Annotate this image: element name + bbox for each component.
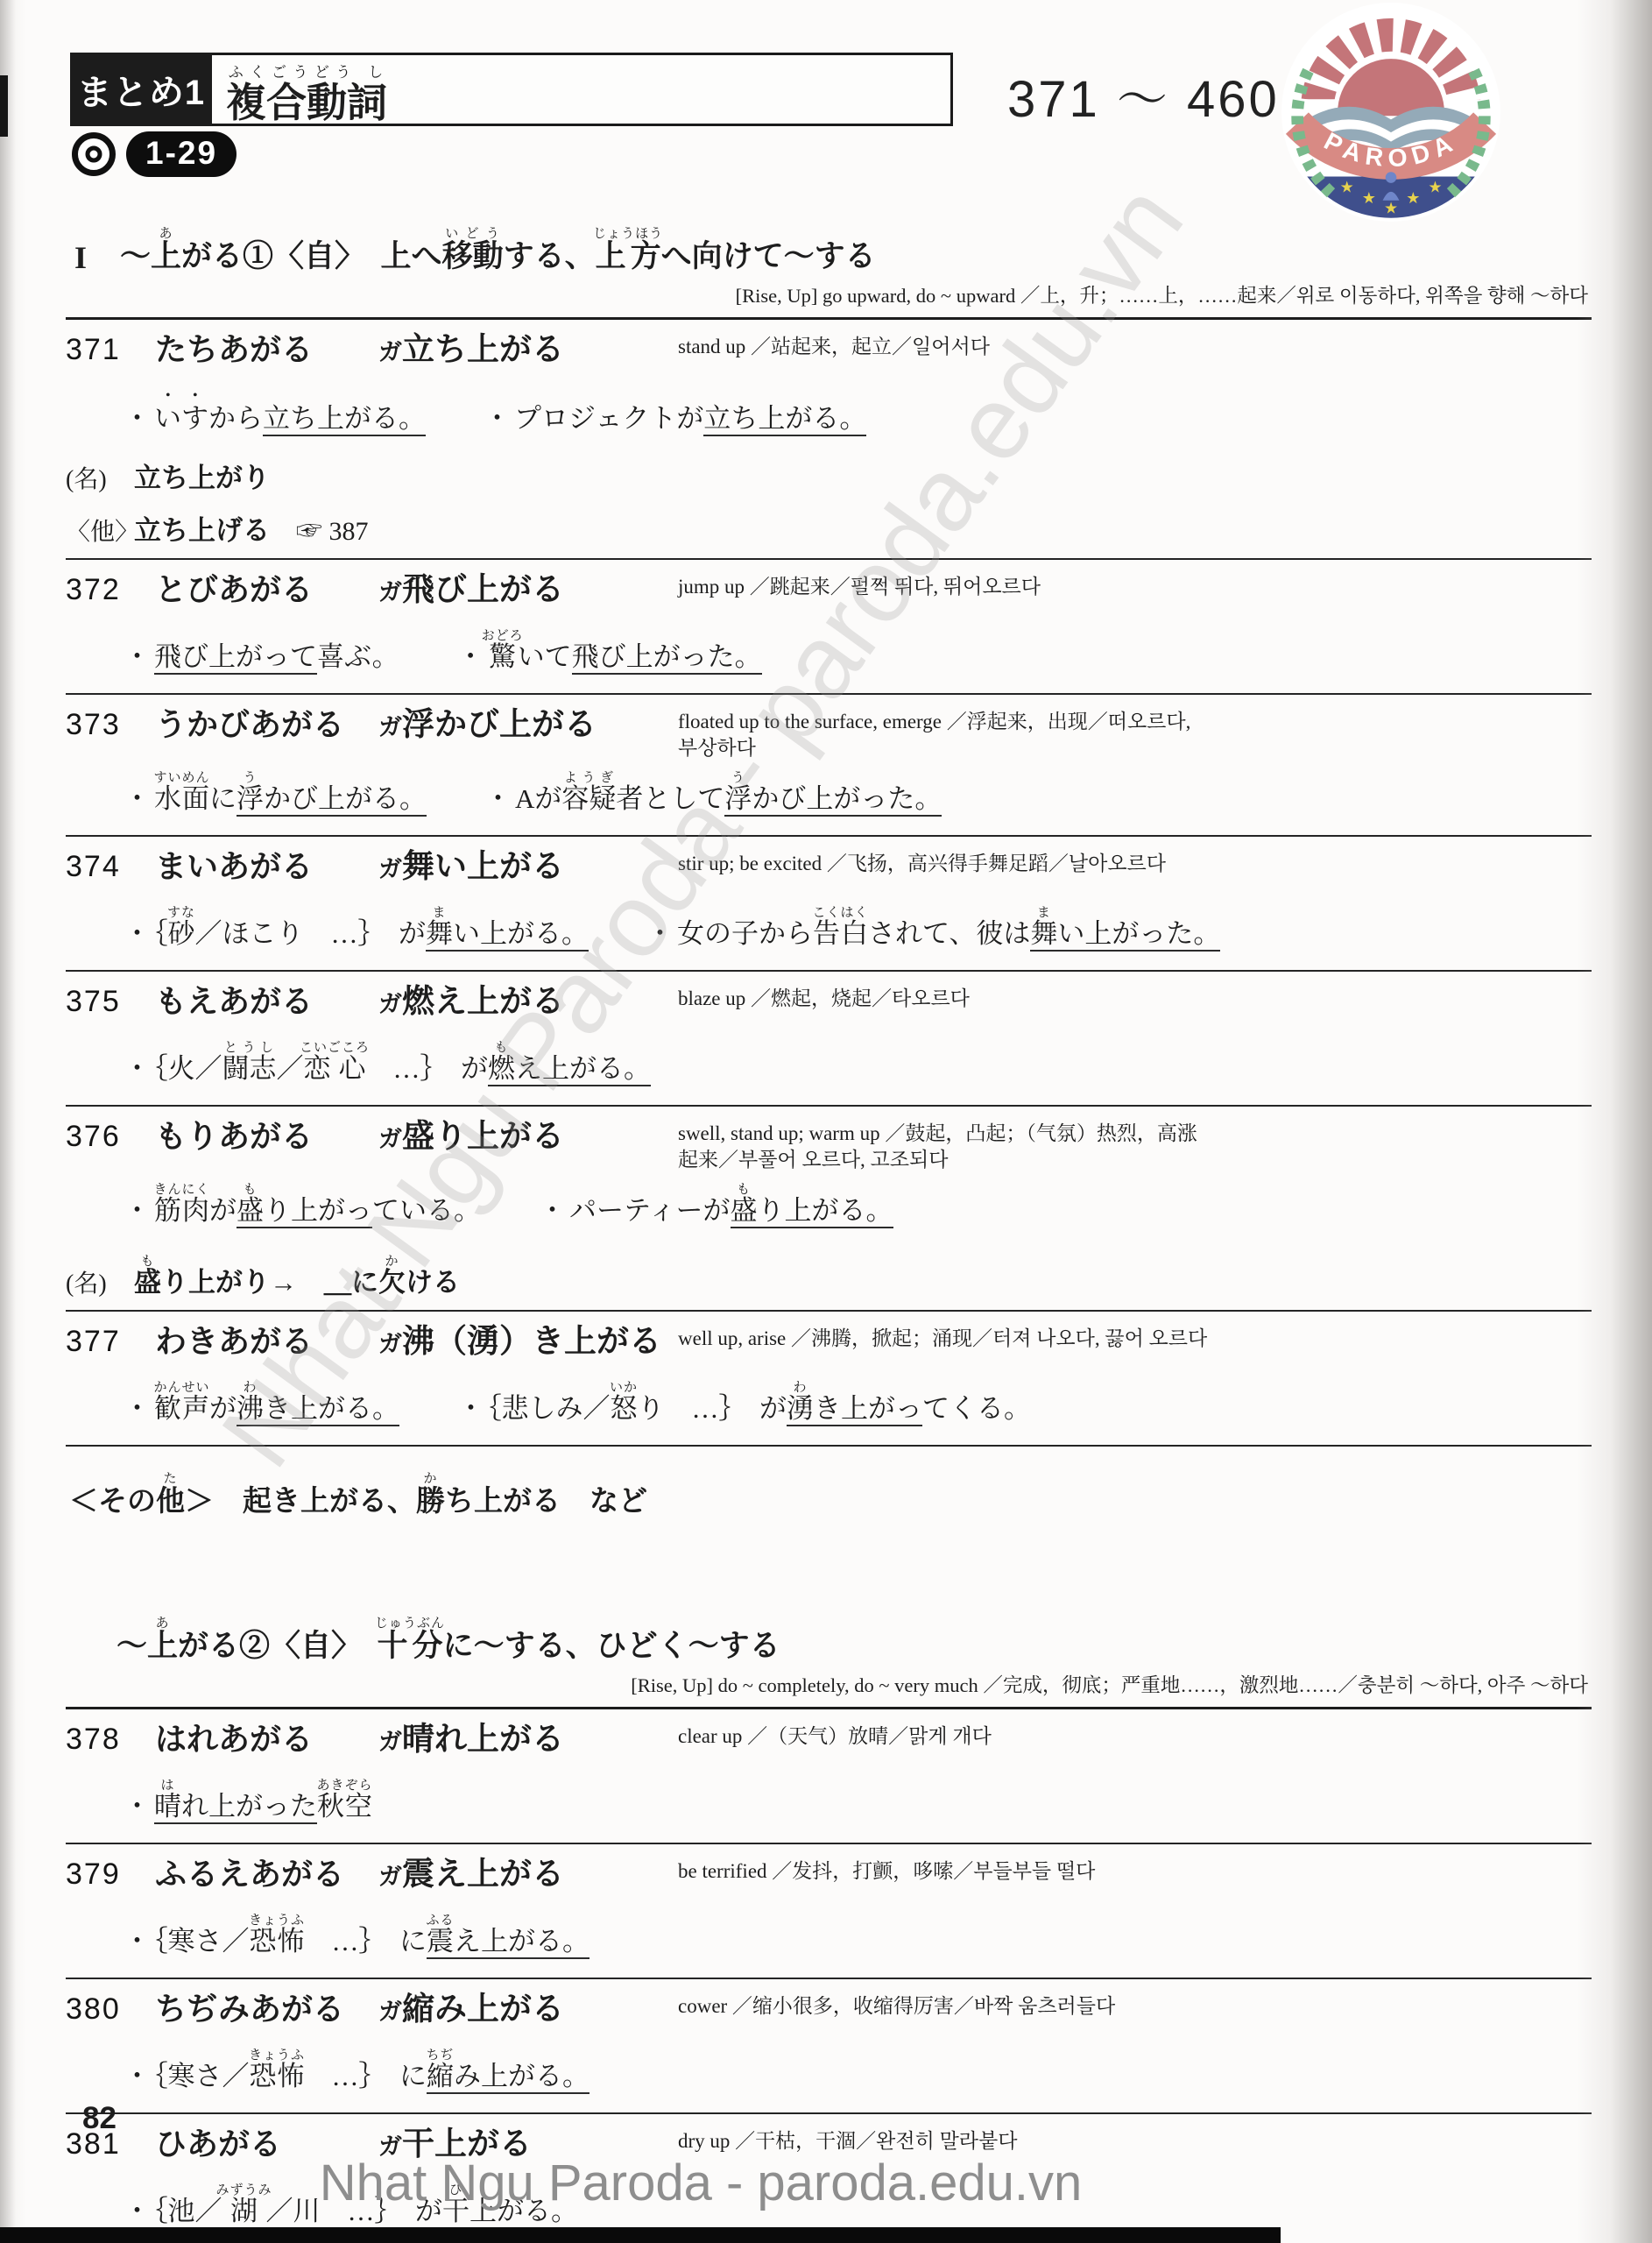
text-segment: がる①〈自〉 [181, 239, 381, 273]
entry-gloss: floated up to the surface, emerge ／浮起来，出… [678, 702, 1592, 761]
text-segment: が [209, 1393, 237, 1424]
entry-kanji: 晴れ上がる [402, 1721, 564, 1757]
entry-form: ガ晴れ上がる [378, 1716, 678, 1769]
text-segment: き上がっ [814, 1393, 922, 1426]
text-segment: ている。 [372, 1195, 481, 1226]
entry-head: 377わきあがるガ沸（湧）き上がるwell up, arise ／沸腾，掀起；涌… [66, 1319, 1592, 1371]
paroda-logo-emblem: PARODA ★ ★ ★ ★ ★ [1281, 2, 1501, 223]
text-segment: ｛ [154, 918, 168, 949]
bullet: ・ [124, 1791, 151, 1822]
text-segment: 砂すな [168, 918, 195, 949]
entry-kanji: 舞い上がる [402, 848, 564, 884]
text-segment: き上がる。 [264, 1393, 399, 1426]
entry-kanji: 浮かび上がる [402, 706, 597, 742]
text-segment: 秋空あきぞら [317, 1791, 373, 1822]
case-particle: ガ [378, 1729, 402, 1755]
entry-form: ガ浮かび上がる [378, 702, 678, 754]
page-number: 82 [82, 2101, 116, 2136]
section-title: 〜上あがる①〈自〉 上へ移動いどうする、上方じょうほうへ向けて〜する [120, 226, 876, 273]
case-particle: ガ [378, 1331, 402, 1357]
text-segment: 勝か [416, 1484, 445, 1517]
example-sentence: ・筋肉きんにくが盛もり上がっている。 [124, 1182, 481, 1228]
text-segment: されて、彼は [868, 918, 1030, 949]
text-segment: Aが [515, 783, 561, 814]
text-segment: へ向けて〜する [661, 239, 876, 273]
entry-reading: まいあがる [155, 844, 378, 889]
bullet: ・ [539, 1195, 566, 1226]
text-segment: れ上がった [181, 1791, 317, 1824]
example-sentence: ・いすから立ち上がる。 [124, 388, 426, 436]
text-segment: み上がる。 [454, 2061, 589, 2094]
text-segment: 飛び上がった。 [572, 641, 762, 675]
entries: 371たちあがるガ立ち上がるstand up ／站起来，起立／일어서다・いすから… [66, 317, 1592, 1518]
track-badge: 1-29 [126, 131, 237, 177]
scan-shadow-left [0, 0, 26, 2243]
text-segment: ＞ 起き上がる、 [185, 1484, 416, 1517]
text-segment: 十分じゅうぶん [378, 1629, 443, 1663]
entry-gloss: dry up ／干枯，干涸／완전히 말라붙다 [678, 2121, 1592, 2155]
example-sentence: ・｛砂すな／ほこり …｝ が舞まい上がる。 [124, 905, 589, 952]
entry-reading: わきあがる [155, 1319, 378, 1364]
note-label: 〈他〉 [66, 513, 134, 548]
entry-row: 377わきあがるガ沸（湧）き上がるwell up, arise ／沸腾，掀起；涌… [66, 1312, 1592, 1447]
entry-reading: うかびあがる [155, 702, 378, 747]
entry-number: 378 [66, 1716, 155, 1762]
text-segment: 立ち上がり [134, 463, 270, 493]
section-gloss: [Rise, Up] do ~ completely, do ~ very mu… [66, 1670, 1592, 1698]
case-particle: ガ [378, 991, 402, 1017]
examples-row: ・晴はれ上がった秋空あきぞら [66, 1778, 1592, 1832]
text-segment: パーティーが [569, 1195, 731, 1226]
text-segment: てくる。 [922, 1393, 1031, 1424]
entry-head: 372とびあがるガ飛び上がるjump up ／跳起来／펄쩍 뛰다, 뛰어오르다 [66, 567, 1592, 619]
bullet: ・ [124, 1926, 151, 1956]
bullet: ・ [124, 1393, 151, 1424]
text-segment: 水面すいめん [154, 783, 209, 814]
text-segment: ｛悲しみ／ [488, 1393, 611, 1424]
entry-number: 380 [66, 1986, 155, 2032]
bullet: ・ [124, 1195, 151, 1226]
example-sentence: ・｛寒さ／恐怖きょうふ …｝ に震ふるえ上がる。 [124, 1913, 589, 1959]
text-segment: ける [406, 1267, 460, 1298]
examples-row: ・｛寒さ／恐怖きょうふ …｝ に縮ちぢみ上がる。 [66, 2048, 1592, 2102]
entry-kanji: 震え上がる [402, 1856, 564, 1892]
bullet: ・ [457, 1393, 484, 1424]
examples-row: ・｛砂すな／ほこり …｝ が舞まい上がる。・女の子から告白こくはくされて、彼は舞… [66, 905, 1592, 959]
page-header: まとめ1 複合動詞ふくごうどう し [70, 53, 953, 126]
entry-head: 375もえあがるガ燃え上がるblaze up ／燃起，烧起／타오르다 [66, 979, 1592, 1031]
entry-form: ガ飛び上がる [378, 567, 678, 619]
case-particle: ガ [378, 1126, 402, 1152]
text-segment: 飛び上がって [154, 641, 317, 675]
section-title: 〜上あがる②〈自〉 十分じゅうぶんに〜する、ひどく〜する [116, 1616, 780, 1663]
section-numeral: I [66, 242, 120, 273]
text-segment: いす [154, 403, 208, 434]
entry-form: ガ盛り上がる [378, 1114, 678, 1166]
text-segment: 歓声かんせい [154, 1393, 209, 1424]
text-segment: 他た [156, 1484, 185, 1517]
entry-row: 380ちぢみあがるガ縮み上がるcower ／缩小很多，收缩得厉害／바짝 움츠러들… [66, 1979, 1592, 2114]
text-segment: り …｝ が [638, 1393, 787, 1424]
text-segment: 移動いどう [442, 239, 504, 273]
entry-gloss: be terrified ／发抖，打颤，哆嗦／부들부들 떨다 [678, 1851, 1592, 1885]
text-segment: 上へ [381, 239, 442, 273]
case-particle: ガ [378, 339, 402, 365]
text-segment: 筋肉きんにく [154, 1195, 209, 1226]
entry-reading: ふるえあがる [155, 1851, 378, 1897]
text-segment: 女の子から [677, 918, 813, 949]
text-segment: 立ち上げる [134, 515, 270, 546]
text-segment: ／ほこり …｝ が [195, 918, 427, 949]
entry-reading: ちぢみあがる [155, 1986, 378, 2032]
entry-row: 374まいあがるガ舞い上がるstir up; be excited ／飞扬，高兴… [66, 837, 1592, 972]
entry-reading: たちあがる [155, 327, 378, 372]
entry-kanji: 飛び上がる [402, 571, 564, 607]
text-segment: 浮う [724, 783, 752, 817]
text-segment: 縮ちぢ [427, 2061, 454, 2094]
entry-form: ガ震え上がる [378, 1851, 678, 1904]
entry-gloss: swell, stand up; warm up ／鼓起，凸起；（气氛）热烈，高… [678, 1114, 1592, 1173]
text-segment: から [208, 403, 263, 434]
audio-track-row: 1-29 [72, 131, 237, 177]
entry-gloss: cower ／缩小很多，收缩得厉害／바짝 움츠러들다 [678, 1986, 1592, 2020]
text-segment: …｝ が [366, 1053, 489, 1084]
section-gloss: [Rise, Up] go upward, do ~ upward ／上，升；…… [66, 280, 1592, 308]
text-segment: 立ち上がる。 [703, 403, 866, 436]
case-particle: ガ [378, 1999, 402, 2025]
entry-reading: はれあがる [155, 1716, 378, 1762]
text-segment: 盛も [237, 1195, 264, 1228]
example-sentence: ・｛悲しみ／怒いかり …｝ が湧わき上がってくる。 [457, 1380, 1031, 1426]
entry-range: 371 〜 460 [1007, 58, 1280, 131]
text-segment: 〜 [120, 239, 151, 273]
text-segment: ち上がる など [445, 1484, 647, 1517]
entry-reading: もりあがる [155, 1114, 378, 1159]
text-segment: 欠か [378, 1267, 406, 1298]
entry-number: 379 [66, 1851, 155, 1897]
bullet: ・ [124, 2061, 151, 2091]
section: I〜上あがる①〈自〉 上へ移動いどうする、上方じょうほうへ向けて〜する[Rise… [66, 226, 1592, 1518]
text-segment: 驚おどろ [488, 641, 518, 672]
svg-text:★: ★ [1340, 178, 1354, 195]
text-segment: 舞ま [1030, 918, 1057, 952]
entry-number: 372 [66, 567, 155, 612]
svg-text:★: ★ [1428, 178, 1442, 195]
examples-row: ・飛び上がって喜ぶ。・驚おどろいて飛び上がった。 [66, 628, 1592, 683]
entry-row: 376もりあがるガ盛り上がるswell, stand up; warm up ／… [66, 1107, 1592, 1312]
note-row: (名)盛もり上がり→ ＿に欠かける [66, 1254, 1592, 1299]
svg-text:★: ★ [1406, 189, 1420, 207]
bullet: ・ [484, 783, 512, 814]
entry-head: 380ちぢみあがるガ縮み上がるcower ／缩小很多，收缩得厉害／바짝 움츠러들… [66, 1986, 1592, 2039]
entry-number: 375 [66, 979, 155, 1024]
section: 〜上あがる②〈自〉 十分じゅうぶんに〜する、ひどく〜する[Rise, Up] d… [66, 1616, 1592, 2243]
note-text: 立ち上げる ☞ 387 [134, 514, 369, 548]
entry-head: 379ふるえあがるガ震え上がるbe terrified ／发抖，打颤，哆嗦／부들… [66, 1851, 1592, 1904]
example-sentence: ・プロジェクトが立ち上がる。 [484, 402, 866, 436]
text-segment: り上がっ [264, 1195, 372, 1228]
entry-gloss: stir up; be excited ／飞扬，高兴得手舞足蹈／날아오르다 [678, 844, 1592, 877]
entry-form: ガ立ち上がる [378, 327, 678, 379]
watermark-footer: Nhat Ngu Paroda - paroda.edu.vn [35, 2154, 1366, 2212]
paroda-logo: PARODA ★ ★ ★ ★ ★ [1281, 2, 1501, 223]
entry-head: 374まいあがるガ舞い上がるstir up; be excited ／飞扬，高兴… [66, 844, 1592, 896]
entry-number: 374 [66, 844, 155, 889]
text-segment: 立ち上がる。 [263, 403, 426, 436]
text-segment: プロジェクトが [514, 403, 703, 434]
entry-form: ガ縮み上がる [378, 1986, 678, 2039]
text-segment: 恐怖きょうふ [250, 1926, 305, 1956]
bullet: ・ [484, 403, 511, 434]
entry-number: 377 [66, 1319, 155, 1364]
examples-row: ・いすから立ち上がる。・プロジェクトが立ち上がる。 [66, 388, 1592, 442]
text-segment: 者として [616, 783, 724, 814]
bullet: ・ [124, 641, 151, 672]
bullet: ・ [124, 403, 151, 434]
text-segment: 恋心こいごころ [304, 1053, 366, 1084]
text-segment: 恐怖きょうふ [250, 2061, 305, 2091]
text-segment: り上がる。 [758, 1195, 893, 1228]
entry-gloss: blaze up ／燃起，烧起／타오르다 [678, 979, 1592, 1012]
case-particle: ガ [378, 856, 402, 882]
example-sentence: ・晴はれ上がった秋空あきぞら [124, 1778, 373, 1824]
text-segment: 浮う [237, 783, 264, 817]
text-segment: 震ふる [427, 1926, 454, 1959]
example-sentence: ・水面すいめんに浮うかび上がる。 [124, 770, 427, 817]
text-segment: が [209, 1195, 237, 1226]
entry-row: 375もえあがるガ燃え上がるblaze up ／燃起，烧起／타오르다・｛火／闘志… [66, 972, 1592, 1107]
example-sentence: ・飛び上がって喜ぶ。 [124, 640, 399, 675]
example-sentence: ・歓声かんせいが沸わき上がる。 [124, 1380, 399, 1426]
text-segment: 告白こくはく [813, 918, 868, 949]
entry-reading: とびあがる [155, 567, 378, 612]
text-segment: え上がる。 [454, 1926, 589, 1959]
page-title: 複合動詞ふくごうどう し [226, 64, 387, 124]
entry-gloss: clear up ／（天气）放晴／맑게 개다 [678, 1716, 1592, 1750]
section-heading: 〜上あがる②〈自〉 十分じゅうぶんに〜する、ひどく〜する [66, 1616, 1592, 1663]
cd-icon [72, 132, 116, 176]
entry-row: 371たちあがるガ立ち上がるstand up ／站起来，起立／일어서다・いすから… [66, 320, 1592, 560]
examples-row: ・歓声かんせいが沸わき上がる。・｛悲しみ／怒いかり …｝ が湧わき上がってくる。 [66, 1380, 1592, 1434]
text-segment: 晴は [154, 1791, 181, 1824]
text-segment: ｛寒さ／ [154, 2061, 250, 2091]
entry-gloss: jump up ／跳起来／펄쩍 뛰다, 뛰어오르다 [678, 567, 1592, 600]
examples-row: ・｛寒さ／恐怖きょうふ …｝ に震ふるえ上がる。 [66, 1913, 1592, 1967]
text-segment: 燃も [488, 1053, 515, 1086]
examples-row: ・筋肉きんにくが盛もり上がっている。・パーティーが盛もり上がる。 [66, 1182, 1592, 1236]
text-segment: ｛寒さ／ [154, 1926, 250, 1956]
lesson-tab: まとめ1 [70, 53, 212, 126]
text-segment: り上がり→ ＿に [161, 1267, 378, 1298]
case-particle: ガ [378, 714, 402, 740]
entry-head: 373うかびあがるガ浮かび上がるfloated up to the surfac… [66, 702, 1592, 761]
case-particle: ガ [378, 579, 402, 605]
text-segment: に〜する、ひどく〜する [443, 1629, 780, 1663]
text-segment: ＜その [69, 1484, 156, 1517]
note-text: 立ち上がり [134, 462, 270, 494]
text-segment: 湧わ [787, 1393, 814, 1426]
entry-form: ガ沸（湧）き上がる [378, 1319, 678, 1371]
example-sentence: ・｛寒さ／恐怖きょうふ …｝ に縮ちぢみ上がる。 [124, 2048, 589, 2094]
bullet: ・ [124, 918, 151, 949]
text-segment: 怒いか [611, 1393, 638, 1424]
text-segment: かび上がった。 [752, 783, 942, 817]
section-heading: I〜上あがる①〈自〉 上へ移動いどうする、上方じょうほうへ向けて〜する [66, 226, 1592, 273]
examples-row: ・｛火／闘志とうし／恋心こいごころ …｝ が燃もえ上がる。 [66, 1040, 1592, 1094]
entry-kanji: 盛り上がる [402, 1118, 564, 1154]
entry-form: ガ燃え上がる [378, 979, 678, 1031]
text-segment: え上がる。 [515, 1053, 651, 1086]
text-segment: 沸わ [237, 1393, 264, 1426]
bullet: ・ [124, 1053, 151, 1084]
svg-text:★: ★ [1362, 189, 1376, 207]
note-row: (名)立ち上がり [66, 460, 1592, 495]
entry-kanji: 立ち上がる [402, 331, 564, 367]
entry-gloss: well up, arise ／沸腾，掀起；涌现／터져 나오다, 끓어 오르다 [678, 1319, 1592, 1352]
text-segment: い上がる。 [453, 918, 589, 952]
note-text: 盛もり上がり→ ＿に欠かける [134, 1254, 460, 1298]
text-segment: かび上がる。 [264, 783, 427, 817]
text-segment: 容疑ようぎ [561, 783, 616, 814]
text-segment: 上方じょうほう [596, 239, 661, 273]
entry-number: 371 [66, 327, 155, 372]
entry-head: 371たちあがるガ立ち上がるstand up ／站起来，起立／일어서다 [66, 327, 1592, 379]
example-sentence: ・驚おどろいて飛び上がった。 [457, 628, 762, 675]
text-segment: い上がった。 [1057, 918, 1220, 952]
example-sentence: ・女の子から告白こくはくされて、彼は舞まい上がった。 [646, 905, 1220, 952]
note-label: (名) [66, 460, 134, 495]
text-segment: ☞ 387 [270, 517, 369, 546]
svg-text:★: ★ [1384, 200, 1398, 217]
bullet: ・ [124, 783, 151, 814]
example-sentence: ・｛火／闘志とうし／恋心こいごころ …｝ が燃もえ上がる。 [124, 1040, 651, 1086]
title-box: 複合動詞ふくごうどう し [212, 53, 953, 126]
text-segment: 上あ [151, 239, 181, 273]
text-segment: いて [518, 641, 572, 672]
entry-reading: もえあがる [155, 979, 378, 1024]
entry-row: 378はれあがるガ晴れ上がるclear up ／（天气）放晴／맑게 개다・晴はれ… [66, 1709, 1592, 1844]
text-segment: 盛も [134, 1267, 161, 1298]
scan-artifact [0, 75, 8, 137]
text-segment: 盛も [731, 1195, 758, 1228]
text-segment: 闘志とうし [222, 1053, 277, 1084]
text-segment: 喜ぶ。 [317, 641, 399, 672]
sections: I〜上あがる①〈自〉 上へ移動いどうする、上方じょうほうへ向けて〜する[Rise… [66, 226, 1592, 2243]
entry-number: 376 [66, 1114, 155, 1159]
text-segment: 〜 [116, 1629, 147, 1663]
text-segment: …｝ に [305, 1926, 427, 1956]
note-row: 〈他〉立ち上げる ☞ 387 [66, 513, 1592, 548]
entry-kanji: 燃え上がる [402, 983, 564, 1019]
entry-row: 373うかびあがるガ浮かび上がるfloated up to the surfac… [66, 695, 1592, 837]
scan-bar [0, 2227, 1281, 2243]
entry-head: 378はれあがるガ晴れ上がるclear up ／（天气）放晴／맑게 개다 [66, 1716, 1592, 1769]
bullet: ・ [457, 641, 484, 672]
bullet: ・ [646, 918, 674, 949]
examples-row: ・水面すいめんに浮うかび上がる。・Aが容疑ようぎ者として浮うかび上がった。 [66, 770, 1592, 824]
entry-kanji: 沸（湧）き上がる [402, 1323, 661, 1359]
others-row: ＜その他た＞ 起き上がる、勝かち上がる など [66, 1471, 1592, 1518]
text-segment: ｛火／ [154, 1053, 222, 1084]
entry-gloss: stand up ／站起来，起立／일어서다 [678, 327, 1592, 360]
entry-number: 373 [66, 702, 155, 747]
example-sentence: ・パーティーが盛もり上がる。 [539, 1182, 893, 1228]
textbook-page: まとめ1 複合動詞ふくごうどう し 371 〜 460 PAROD [0, 0, 1652, 2243]
text-segment: 舞ま [426, 918, 453, 952]
entry-row: 372とびあがるガ飛び上がるjump up ／跳起来／펄쩍 뛰다, 뛰어오르다・… [66, 560, 1592, 695]
entry-form: ガ舞い上がる [378, 844, 678, 896]
entry-head: 376もりあがるガ盛り上がるswell, stand up; warm up ／… [66, 1114, 1592, 1173]
scan-shadow-right [1577, 0, 1652, 2243]
text-segment: …｝ に [305, 2061, 427, 2091]
entry-row: 379ふるえあがるガ震え上がるbe terrified ／发抖，打颤，哆嗦／부들… [66, 1844, 1592, 1979]
case-particle: ガ [378, 1864, 402, 1890]
note-label: (名) [66, 1264, 134, 1299]
entry-kanji: 縮み上がる [402, 1991, 564, 2027]
lesson-tab-label: まとめ1 [77, 65, 205, 115]
example-sentence: ・Aが容疑ようぎ者として浮うかび上がった。 [484, 770, 942, 817]
text-segment: に [209, 783, 237, 814]
text-segment: 上あ [147, 1629, 178, 1663]
text-segment: する、 [504, 239, 596, 273]
text-segment: がる②〈自〉 [178, 1629, 378, 1663]
